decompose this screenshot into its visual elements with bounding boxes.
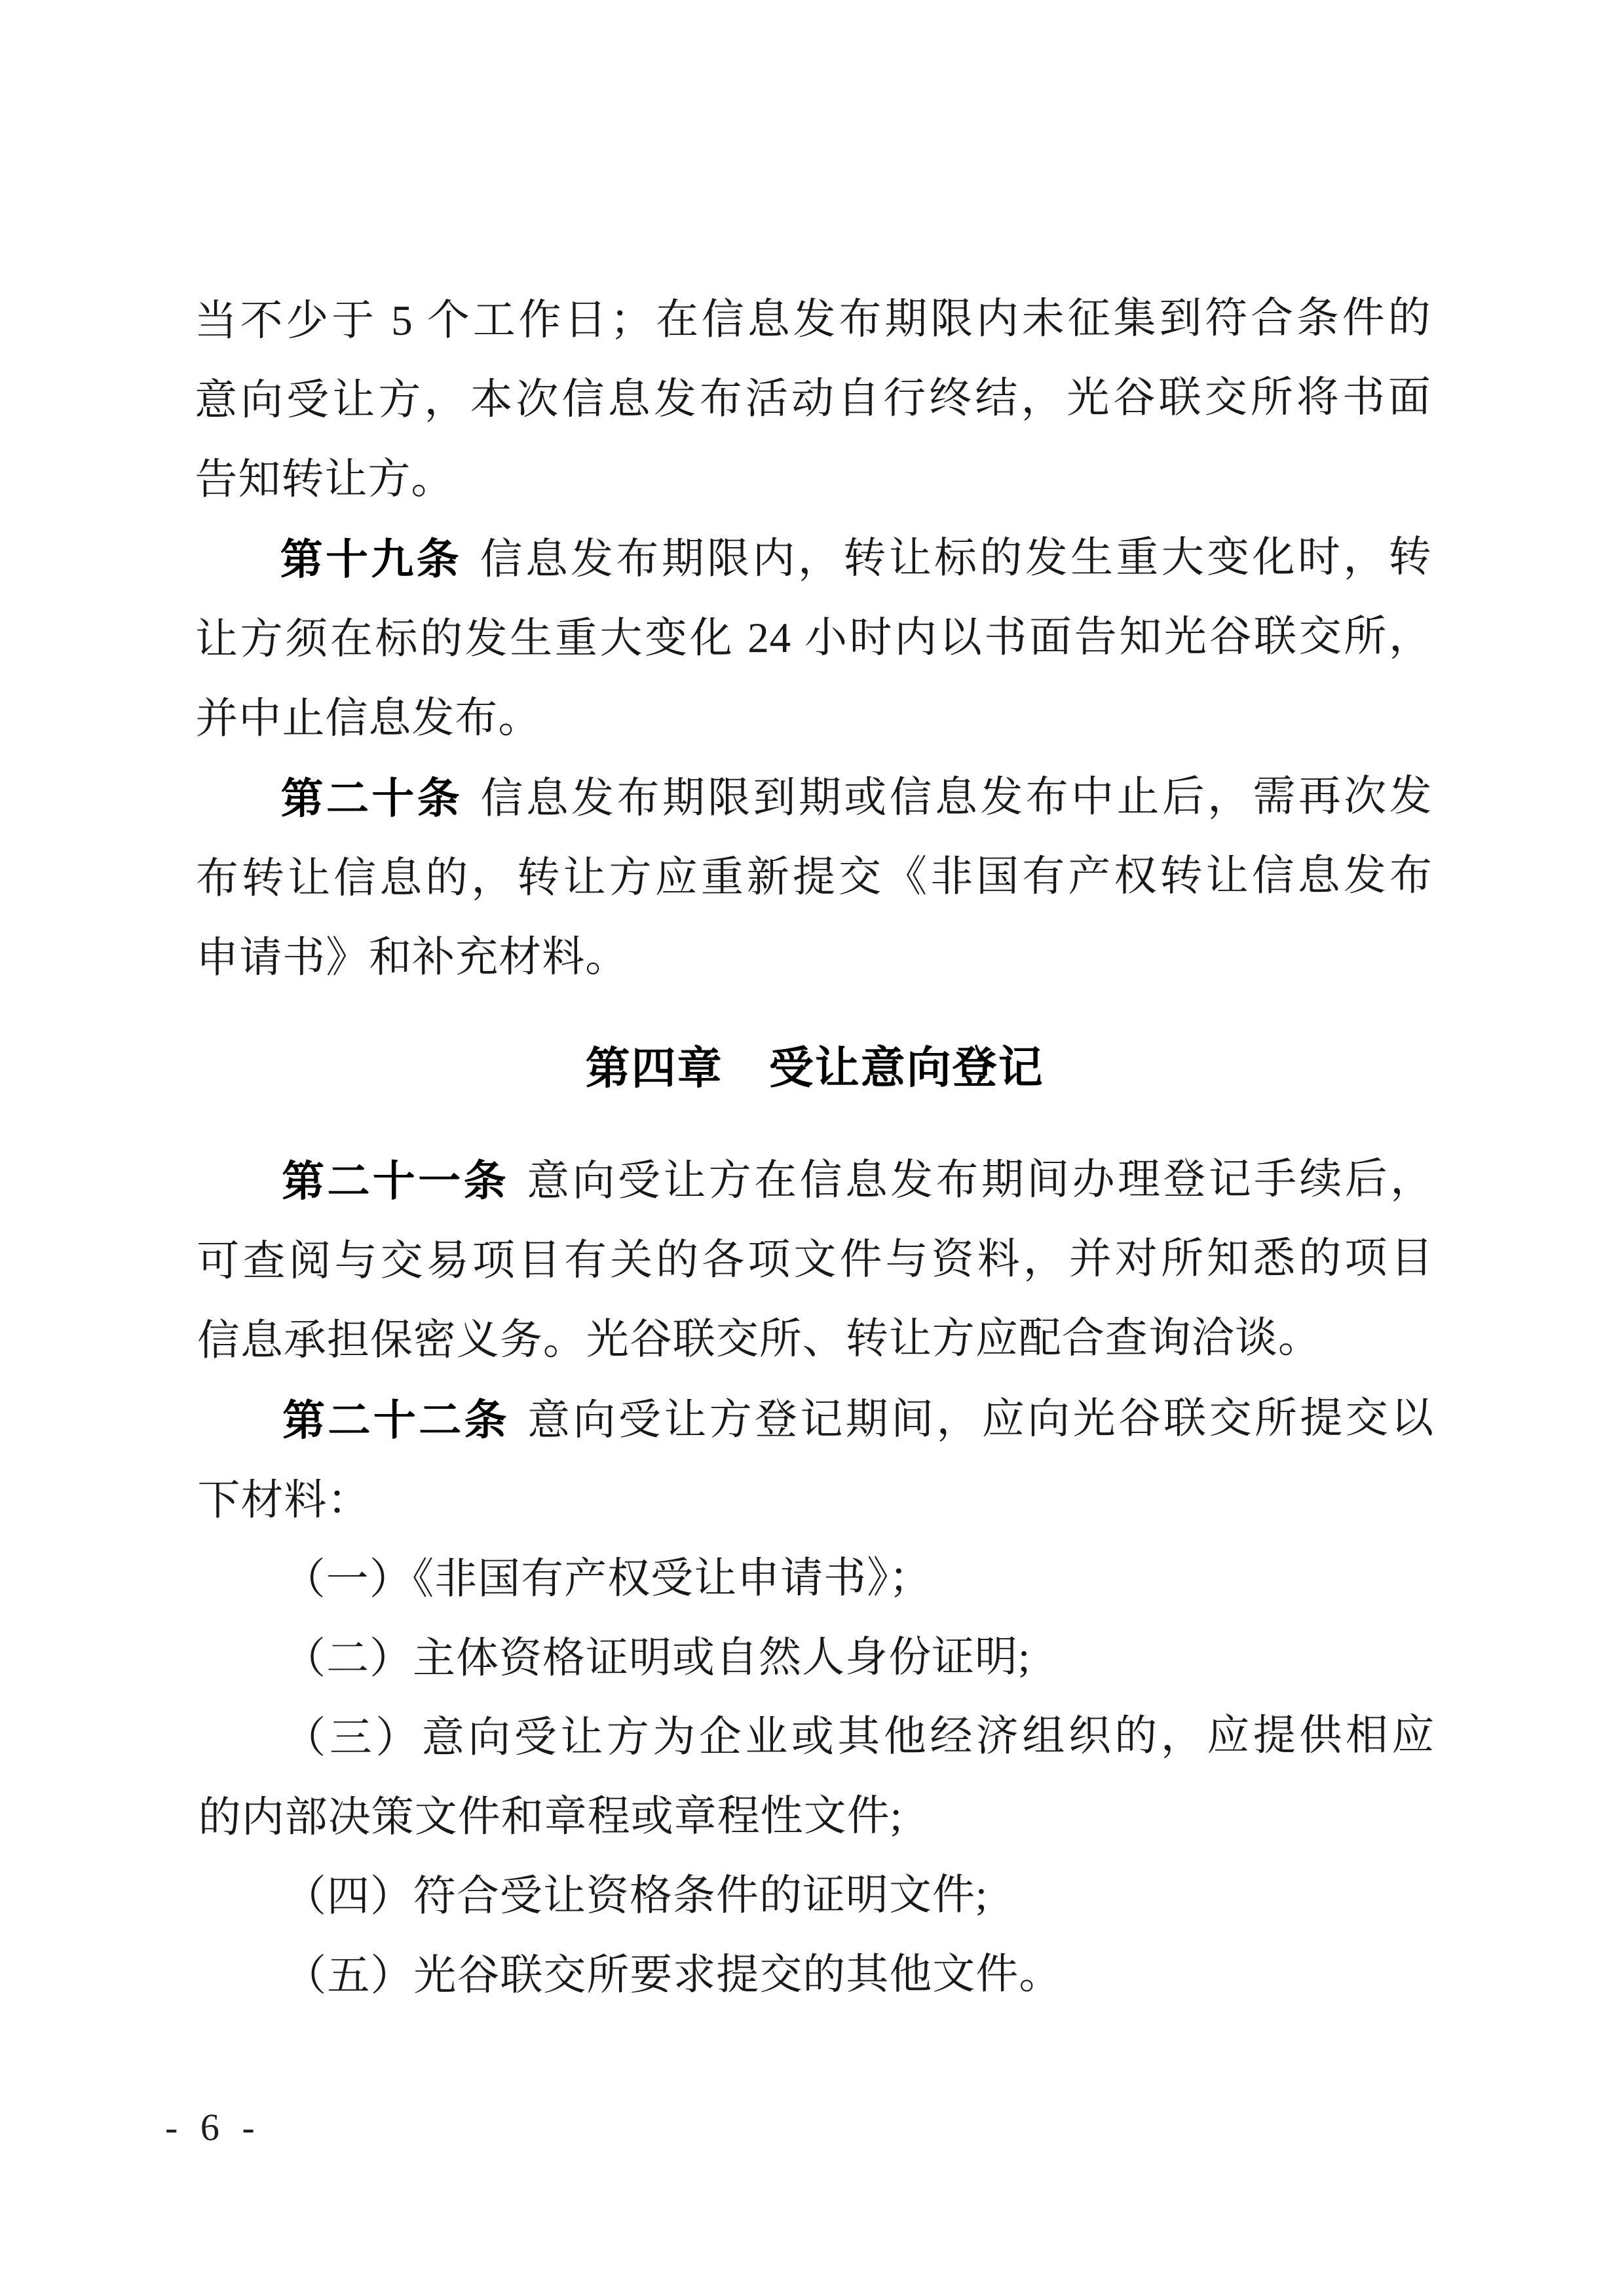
text-line: 让方须在标的发生重大变化 24 小时内以书面告知光谷联交所， <box>195 598 1432 680</box>
list-item: （五）光谷联交所要求提交的其他文件。 <box>198 1934 1435 2017</box>
list-item: （一）《非国有产权受让申请书》； <box>198 1538 1435 1620</box>
text-line: 可查阅与交易项目有关的各项文件与资料，并对所知悉的项目 <box>197 1219 1433 1302</box>
article-number: 第二十条 <box>281 774 463 822</box>
text-line: 信息承担保密义务。光谷联交所、转让方应配合查询洽谈。 <box>197 1299 1434 1381</box>
document-body: 当不少于 5 个工作日；在信息发布期限内未征集到符合条件的 意向受让方，本次信息… <box>195 279 1436 2017</box>
article-22-line: 第二十二条意向受让方登记期间，应向光谷联交所提交以 <box>197 1378 1434 1462</box>
article-number: 第十九条 <box>280 535 463 583</box>
article-19-line: 第十九条信息发布期限内，转让标的发生重大变化时，转 <box>195 517 1431 601</box>
chapter-heading: 第四章 受让意向登记 <box>197 1027 1433 1110</box>
article-text: 信息发布期限到期或信息发布中止后，需再次发 <box>480 773 1432 823</box>
text-line: 申请书》和补充材料。 <box>196 916 1433 999</box>
text-line: 的内部决策文件和章程或章程性文件; <box>198 1776 1435 1858</box>
page-number: - 6 - <box>165 2105 261 2151</box>
list-item: （四）符合受让资格条件的证明文件; <box>198 1855 1435 1938</box>
text-line: 意向受让方，本次信息发布活动自行终结，光谷联交所将书面 <box>195 358 1431 441</box>
article-21-line: 第二十一条意向受让方在信息发布期间办理登记手续后， <box>197 1139 1433 1223</box>
list-item: （二）主体资格证明或自然人身份证明; <box>198 1617 1435 1700</box>
text-line: 并中止信息发布。 <box>195 677 1432 759</box>
article-text: 意向受让方在信息发布期间办理登记手续后， <box>527 1156 1433 1206</box>
text-line: 布转让信息的，转让方应重新提交《非国有产权转让信息发布 <box>196 837 1433 919</box>
scanned-document-page: 当不少于 5 个工作日；在信息发布期限内未征集到符合条件的 意向受让方，本次信息… <box>0 0 1624 2296</box>
text-line: 下材料： <box>197 1459 1434 1541</box>
article-number: 第二十一条 <box>282 1157 509 1205</box>
text-line: 当不少于 5 个工作日；在信息发布期限内未征集到符合条件的 <box>195 279 1431 362</box>
article-20-line: 第二十条信息发布期限到期或信息发布中止后，需再次发 <box>195 756 1432 840</box>
list-item: （三）意向受让方为企业或其他经济组织的，应提供相应 <box>198 1696 1435 1779</box>
text-line: 告知转让方。 <box>195 438 1431 520</box>
article-number: 第二十二条 <box>282 1396 510 1444</box>
article-text: 信息发布期限内，转让标的发生重大变化时，转 <box>480 534 1431 584</box>
article-text: 意向受让方登记期间，应向光谷联交所提交以 <box>527 1395 1434 1445</box>
